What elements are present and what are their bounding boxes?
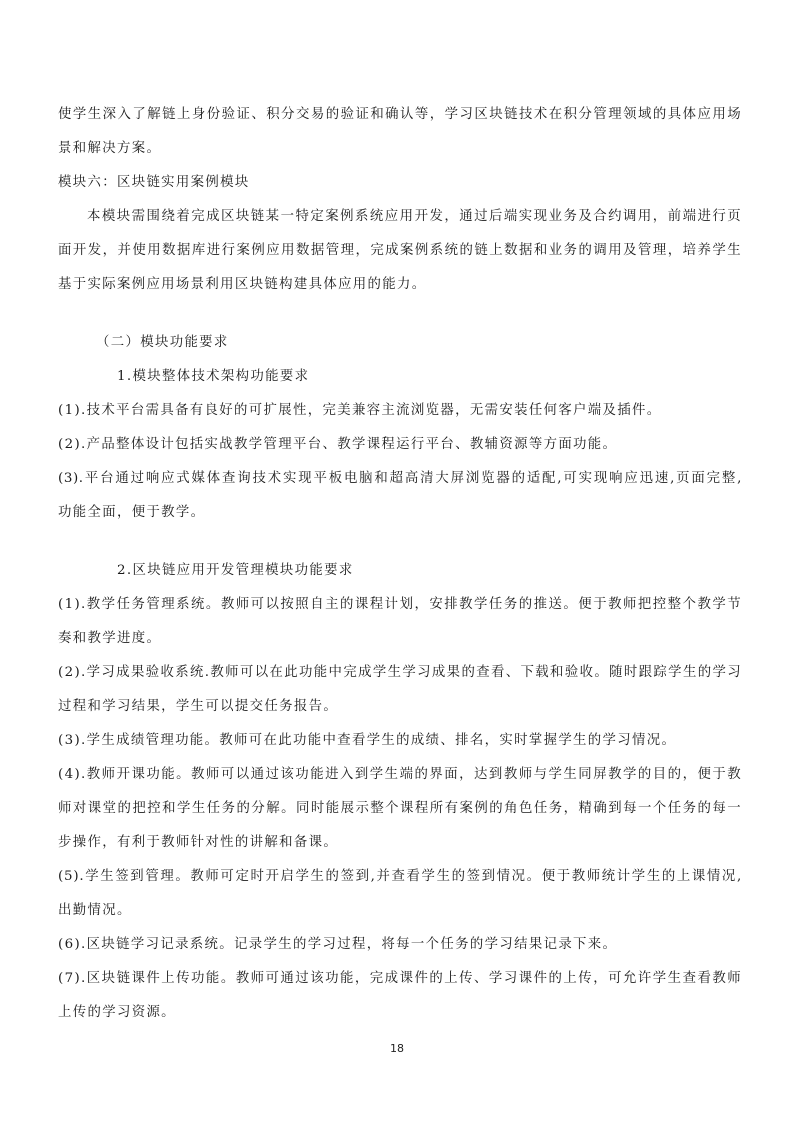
list-item-line: 师对课堂的把控和学生任务的分解。同时能展示整个课程所有案例的角色任务，精确到每一… bbox=[58, 800, 742, 818]
list-item-line: 步操作，有利于教师针对性的讲解和备课。 bbox=[58, 834, 742, 852]
list-item-line: 出勤情况。 bbox=[58, 902, 742, 920]
document-page: 使学生深入了解链上身份验证、积分交易的验证和确认等，学习区块链技术在积分管理领域… bbox=[0, 0, 794, 1122]
paragraph-line: 基于实际案例应用场景利用区块链构建具体应用的能力。 bbox=[58, 276, 742, 294]
list-item-line: (7).区块链课件上传功能。教师可通过该功能，完成课件的上传、学习课件的上传，可… bbox=[58, 970, 742, 988]
list-item-line: (5).学生签到管理。教师可定时开启学生的签到,并查看学生的签到情况。便于教师统… bbox=[58, 868, 742, 886]
page-number: 18 bbox=[0, 1042, 794, 1055]
list-item-line: 上传的学习资源。 bbox=[58, 1004, 742, 1022]
list-item-line: (4).教师开课功能。教师可以通过该功能进入到学生端的界面，达到教师与学生同屏教… bbox=[58, 766, 742, 784]
list-item-line: 功能全面，便于教学。 bbox=[58, 504, 742, 522]
list-item-line: (3).学生成绩管理功能。教师可在此功能中查看学生的成绩、排名，实时掌握学生的学… bbox=[58, 732, 742, 750]
module6-heading: 模块六：区块链实用案例模块 bbox=[58, 174, 742, 192]
list-item-line: (2).学习成果验收系统.教师可以在此功能中完成学生学习成果的查看、下载和验收。… bbox=[58, 664, 742, 682]
paragraph-line: 本模块需围绕着完成区块链某一特定案例系统应用开发，通过后端实现业务及合约调用，前… bbox=[87, 208, 742, 226]
list-item-line: (6).区块链学习记录系统。记录学生的学习过程，将每一个任务的学习结果记录下来。 bbox=[58, 936, 742, 954]
paragraph-line: 面开发，并使用数据库进行案例应用数据管理，完成案例系统的链上数据和业务的调用及管… bbox=[58, 242, 742, 260]
paragraph-line: 使学生深入了解链上身份验证、积分交易的验证和确认等，学习区块链技术在积分管理领域… bbox=[58, 106, 742, 124]
section-heading: （二）模块功能要求 bbox=[96, 334, 780, 352]
list-item-line: (3).平台通过响应式媒体查询技术实现平板电脑和超高清大屏浏览器的适配,可实现响… bbox=[58, 470, 742, 488]
subsection-heading-1: 1.模块整体技术架构功能要求 bbox=[117, 368, 794, 386]
subsection-heading-2: 2.区块链应用开发管理模块功能要求 bbox=[117, 562, 794, 580]
list-item-line: (1).教学任务管理系统。教师可以按照自主的课程计划，安排教学任务的推送。便于教… bbox=[58, 596, 742, 614]
list-item-line: (2).产品整体设计包括实战教学管理平台、教学课程运行平台、教辅资源等方面功能。 bbox=[58, 436, 742, 454]
list-item-line: 过程和学习结果，学生可以提交任务报告。 bbox=[58, 698, 742, 716]
list-item-line: (1).技术平台需具备有良好的可扩展性，完美兼容主流浏览器，无需安装任何客户端及… bbox=[58, 402, 742, 420]
list-item-line: 奏和教学进度。 bbox=[58, 630, 742, 648]
paragraph-line: 景和解决方案。 bbox=[58, 140, 742, 158]
